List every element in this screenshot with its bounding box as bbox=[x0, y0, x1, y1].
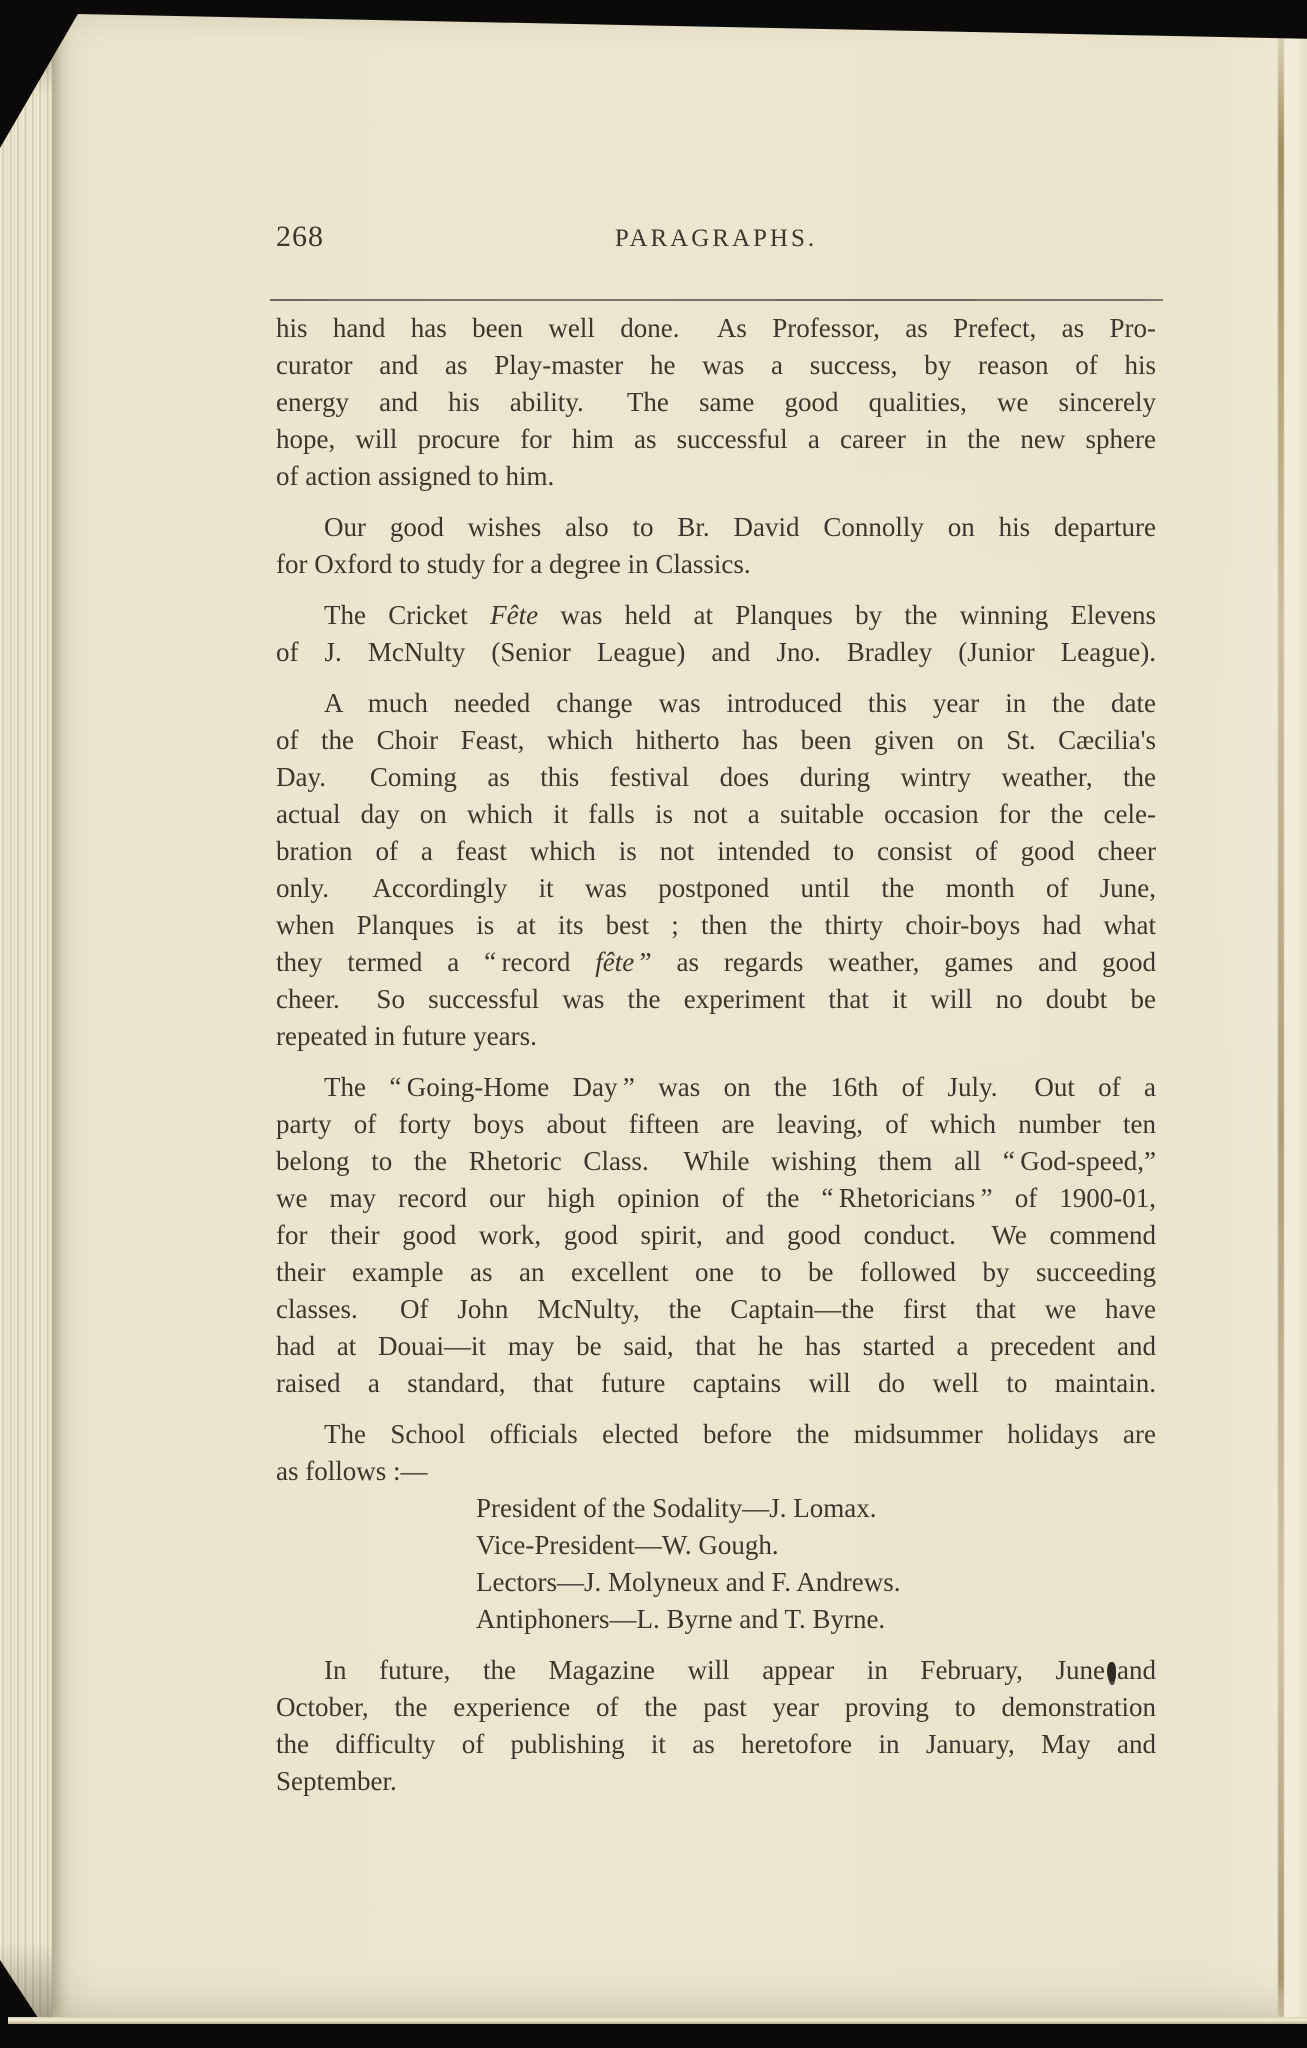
text-segment: his hand has been well done. As Professo… bbox=[276, 313, 1156, 343]
text-segment: ” as regards weather, games and good bbox=[634, 947, 1156, 977]
text-segment: classes. Of John McNulty, the Captain—th… bbox=[276, 1294, 1156, 1324]
text-segment: their example as an excellent one to be … bbox=[276, 1257, 1156, 1287]
text-line: as follows :— bbox=[276, 1453, 1156, 1490]
text-segment: repeated in future years. bbox=[276, 1021, 537, 1051]
text-line: belong to the Rhetoric Class. While wish… bbox=[276, 1143, 1156, 1180]
text-line: Day. Coming as this festival does during… bbox=[276, 759, 1156, 796]
text-segment: In future, the Magazine will appear in F… bbox=[324, 1655, 1105, 1685]
official-item: Antiphoners—L. Byrne and T. Byrne. bbox=[276, 1601, 1156, 1638]
text-line: for Oxford to study for a degree in Clas… bbox=[276, 546, 1156, 583]
text-segment: cheer. So successful was the experiment … bbox=[276, 984, 1156, 1014]
text-line: of action assigned to him. bbox=[276, 458, 1156, 495]
text-line: their example as an excellent one to be … bbox=[276, 1254, 1156, 1291]
ink-blot bbox=[1107, 1662, 1116, 1682]
page-crease bbox=[1278, 28, 1284, 2018]
text-segment: for Oxford to study for a degree in Clas… bbox=[276, 549, 751, 579]
header-rule bbox=[270, 299, 1163, 301]
text-line: In future, the Magazine will appear in F… bbox=[276, 1652, 1156, 1689]
text-segment: we may record our high opinion of the “ … bbox=[276, 1183, 1156, 1213]
italic-text: Fête bbox=[490, 600, 538, 630]
italic-text: fête bbox=[595, 947, 634, 977]
text-segment: bration of a feast which is not intended… bbox=[276, 836, 1156, 866]
paragraph: his hand has been well done. As Professo… bbox=[276, 310, 1156, 495]
text-segment: only. Accordingly it was postponed until… bbox=[276, 873, 1156, 903]
text-segment: President of the Sodality—J. Lomax. bbox=[476, 1493, 876, 1523]
text-line: The School officials elected before the … bbox=[276, 1416, 1156, 1453]
running-head: PARAGRAPHS. bbox=[276, 225, 1156, 253]
official-item: Lectors—J. Molyneux and F. Andrews. bbox=[276, 1564, 1156, 1601]
page-stack-edges bbox=[0, 4, 52, 2022]
paragraph: A much needed change was introduced this… bbox=[276, 685, 1156, 1055]
text-segment: belong to the Rhetoric Class. While wish… bbox=[276, 1146, 1156, 1176]
text-line: we may record our high opinion of the “ … bbox=[276, 1180, 1156, 1217]
text-segment: party of forty boys about fifteen are le… bbox=[276, 1109, 1156, 1139]
text-segment: October, the experience of the past year… bbox=[276, 1692, 1156, 1722]
page-curl-edge bbox=[1284, 24, 1307, 2020]
text-line: had at Douai—it may be said, that he has… bbox=[276, 1328, 1156, 1365]
text-segment: energy and his ability. The same good qu… bbox=[276, 387, 1156, 417]
text-line: repeated in future years. bbox=[276, 1018, 1156, 1055]
text-segment: raised a standard, that future captains … bbox=[276, 1368, 1156, 1398]
text-line: Our good wishes also to Br. David Connol… bbox=[276, 509, 1156, 546]
text-line: A much needed change was introduced this… bbox=[276, 685, 1156, 722]
text-line: energy and his ability. The same good qu… bbox=[276, 384, 1156, 421]
text-segment: hope, will procure for him as successful… bbox=[276, 424, 1156, 454]
text-line: September. bbox=[276, 1763, 1156, 1800]
text-segment: when Planques is at its best ; then the … bbox=[276, 910, 1156, 940]
text-segment: of action assigned to him. bbox=[276, 461, 554, 491]
text-segment: September. bbox=[276, 1766, 397, 1796]
text-segment: of J. McNulty (Senior League) and Jno. B… bbox=[276, 637, 1156, 667]
text-line: hope, will procure for him as successful… bbox=[276, 421, 1156, 458]
text-line: bration of a feast which is not intended… bbox=[276, 833, 1156, 870]
paragraph: Our good wishes also to Br. David Connol… bbox=[276, 509, 1156, 583]
text-segment: the difficulty of publishing it as heret… bbox=[276, 1729, 1156, 1759]
text-line: they termed a “ record fête ” as regards… bbox=[276, 944, 1156, 981]
text-segment: Day. Coming as this festival does during… bbox=[276, 762, 1156, 792]
text-segment: for their good work, good spirit, and go… bbox=[276, 1220, 1156, 1250]
text-line: actual day on which it falls is not a su… bbox=[276, 796, 1156, 833]
text-line: classes. Of John McNulty, the Captain—th… bbox=[276, 1291, 1156, 1328]
binding-bottom-edge bbox=[0, 2024, 1307, 2048]
text-segment: they termed a “ record bbox=[276, 947, 595, 977]
text-line: The “ Going-Home Day ” was on the 16th o… bbox=[276, 1069, 1156, 1106]
text-block: his hand has been well done. As Professo… bbox=[276, 310, 1156, 1814]
text-line: cheer. So successful was the experiment … bbox=[276, 981, 1156, 1018]
text-line: the difficulty of publishing it as heret… bbox=[276, 1726, 1156, 1763]
text-line: of the Choir Feast, which hitherto has b… bbox=[276, 722, 1156, 759]
text-segment: A much needed change was introduced this… bbox=[324, 688, 1156, 718]
text-segment: curator and as Play-master he was a succ… bbox=[276, 350, 1156, 380]
text-line: October, the experience of the past year… bbox=[276, 1689, 1156, 1726]
text-segment: had at Douai—it may be said, that he has… bbox=[276, 1331, 1156, 1361]
text-line: curator and as Play-master he was a succ… bbox=[276, 347, 1156, 384]
text-segment: Vice-President—W. Gough. bbox=[476, 1530, 779, 1560]
paragraph: The “ Going-Home Day ” was on the 16th o… bbox=[276, 1069, 1156, 1402]
text-line: only. Accordingly it was postponed until… bbox=[276, 870, 1156, 907]
text-line: for their good work, good spirit, and go… bbox=[276, 1217, 1156, 1254]
text-line: raised a standard, that future captains … bbox=[276, 1365, 1156, 1402]
text-segment: was held at Planques by the winning Elev… bbox=[538, 600, 1156, 630]
paragraph: The School officials elected before the … bbox=[276, 1416, 1156, 1638]
paragraph: In future, the Magazine will appear in F… bbox=[276, 1652, 1156, 1800]
text-segment: The School officials elected before the … bbox=[324, 1419, 1156, 1449]
scanned-book-photo: 268 PARAGRAPHS. his hand has been well d… bbox=[0, 0, 1307, 2048]
text-line: his hand has been well done. As Professo… bbox=[276, 310, 1156, 347]
text-segment: actual day on which it falls is not a su… bbox=[276, 799, 1156, 829]
text-segment: of the Choir Feast, which hitherto has b… bbox=[276, 725, 1156, 755]
text-segment: The Cricket bbox=[324, 600, 490, 630]
text-segment: and bbox=[1117, 1655, 1156, 1685]
text-segment: Lectors—J. Molyneux and F. Andrews. bbox=[476, 1567, 901, 1597]
text-line: party of forty boys about fifteen are le… bbox=[276, 1106, 1156, 1143]
text-line: of J. McNulty (Senior League) and Jno. B… bbox=[276, 634, 1156, 671]
paragraph: The Cricket Fête was held at Planques by… bbox=[276, 597, 1156, 671]
text-line: The Cricket Fête was held at Planques by… bbox=[276, 597, 1156, 634]
official-item: President of the Sodality—J. Lomax. bbox=[276, 1490, 1156, 1527]
text-segment: Antiphoners—L. Byrne and T. Byrne. bbox=[476, 1604, 885, 1634]
text-segment: Our good wishes also to Br. David Connol… bbox=[324, 512, 1156, 542]
page-bottom-edge bbox=[8, 2017, 1307, 2024]
text-segment: as follows :— bbox=[276, 1456, 428, 1486]
text-line: when Planques is at its best ; then the … bbox=[276, 907, 1156, 944]
text-segment: The “ Going-Home Day ” was on the 16th o… bbox=[324, 1072, 1156, 1102]
official-item: Vice-President—W. Gough. bbox=[276, 1527, 1156, 1564]
